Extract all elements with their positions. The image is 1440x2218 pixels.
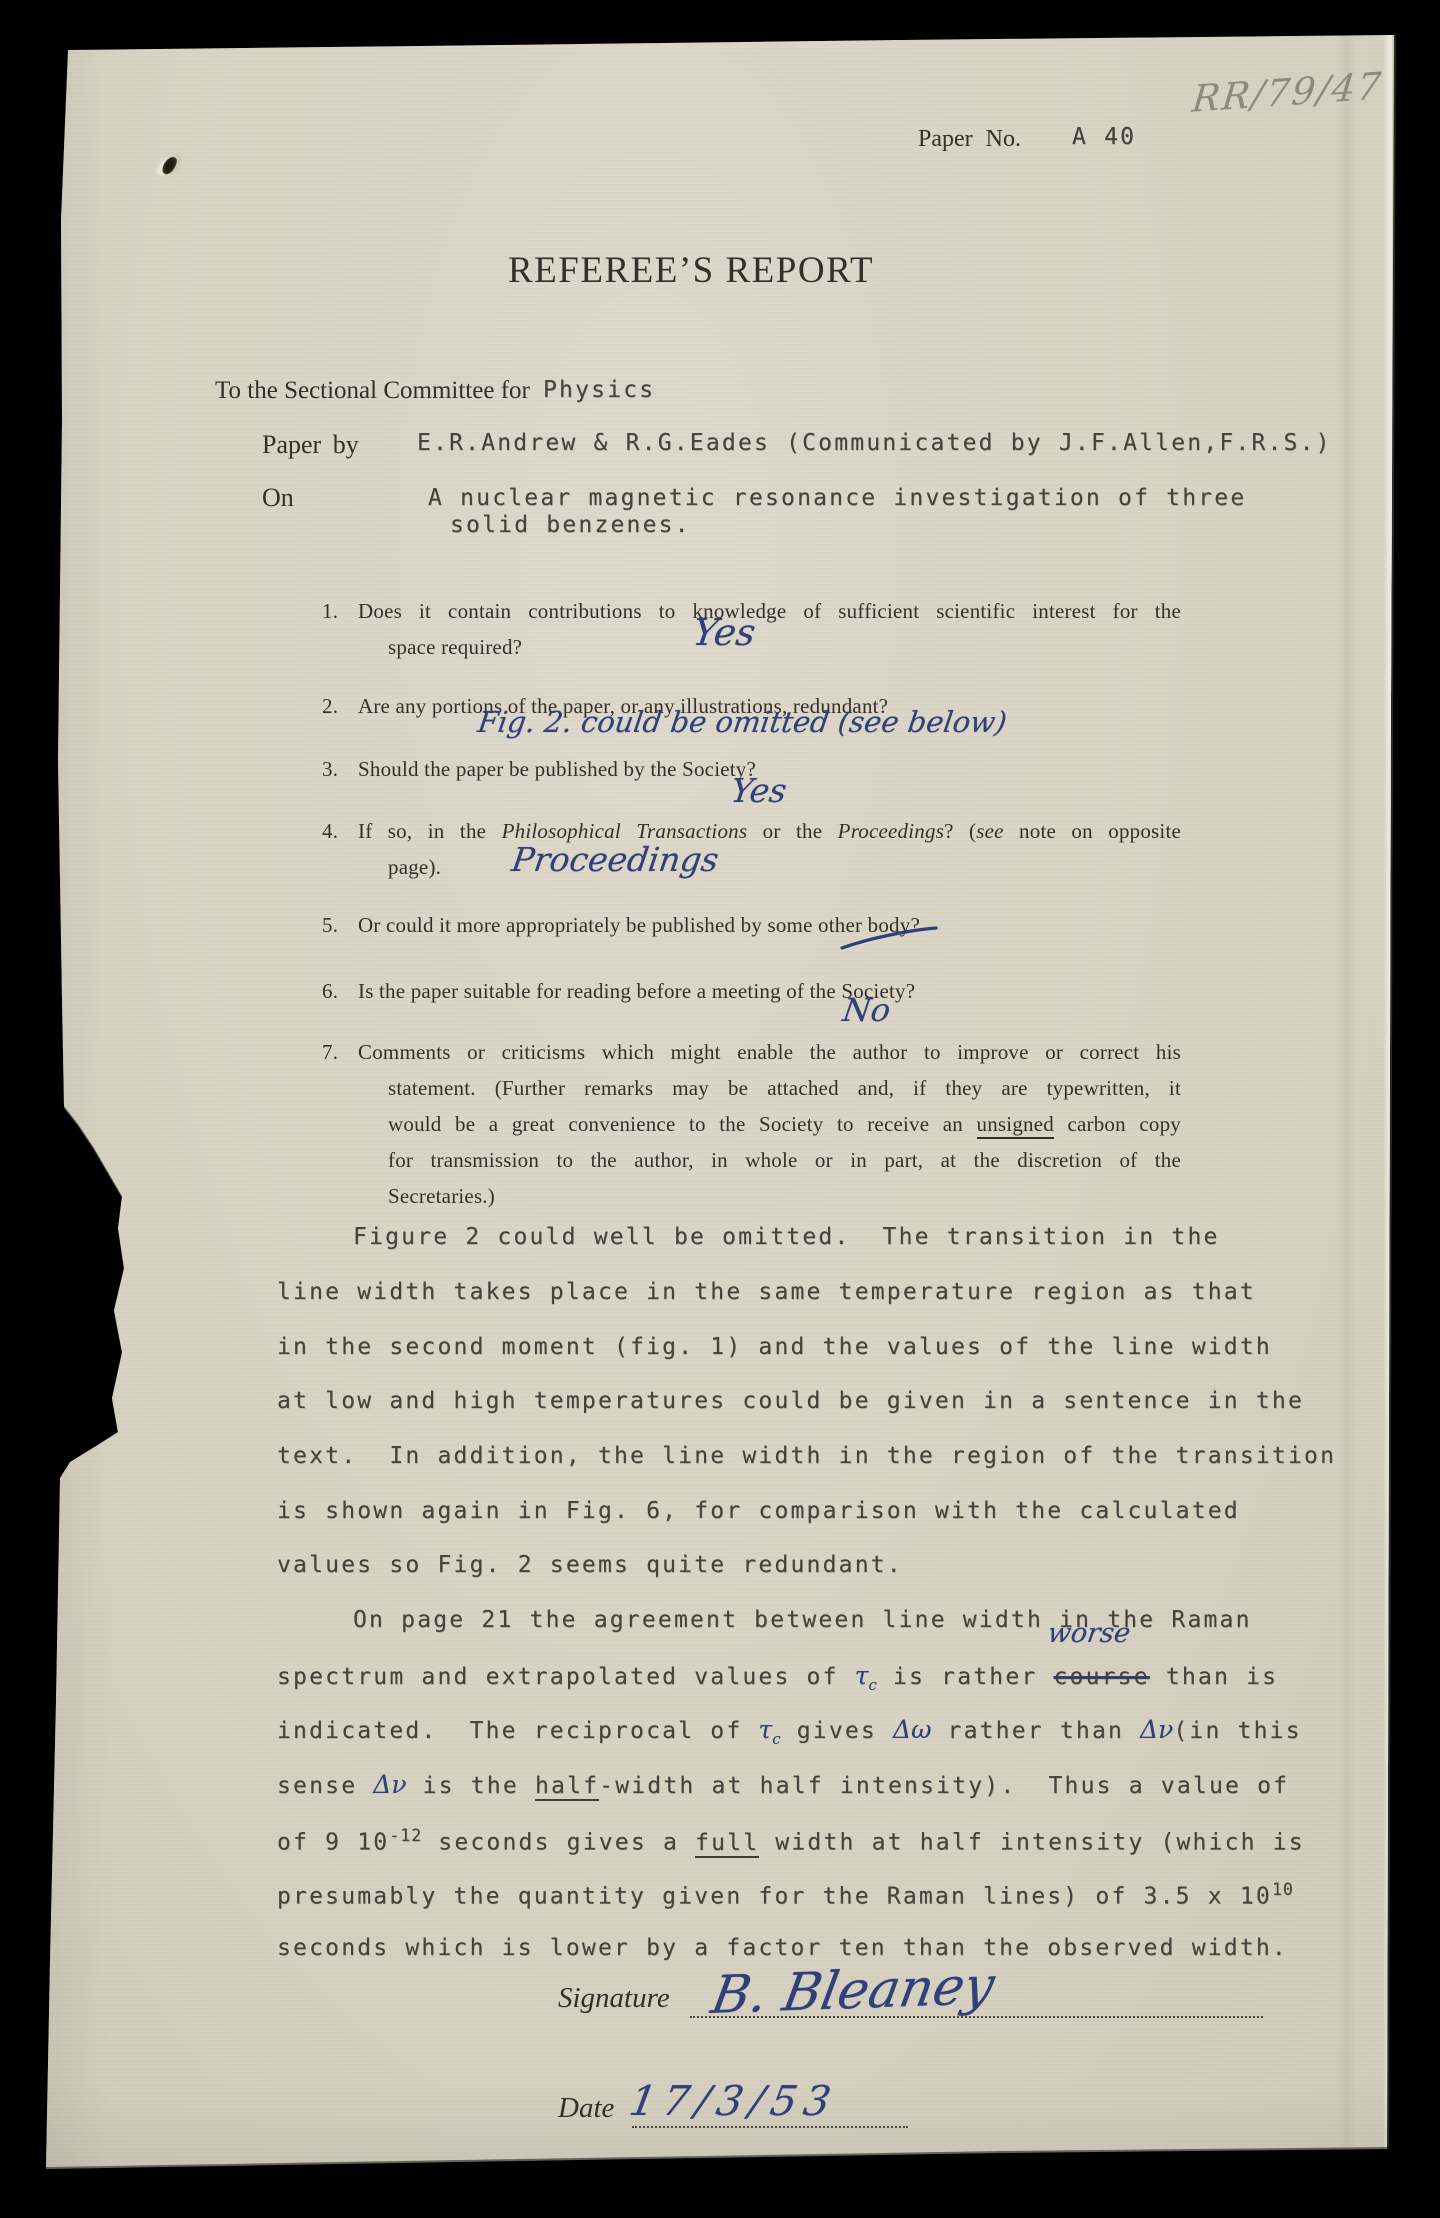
l10-post: (in this <box>1173 1718 1301 1744</box>
body-line-6: is shown again in Fig. 6, for comparison… <box>277 1498 1240 1524</box>
question-1-line2: space required? <box>388 635 522 659</box>
q7-underlined-unsigned: unsigned <box>977 1112 1054 1139</box>
tau-subscript: c <box>772 1730 780 1748</box>
question-6-line1: Is the paper suitable for reading before… <box>358 979 915 1003</box>
body-line-7: values so Fig. 2 seems quite redundant. <box>277 1552 903 1578</box>
question-2-number: 2. <box>322 694 338 718</box>
l11-pre: sense <box>277 1773 373 1799</box>
handwritten-delta-nu: Δν <box>373 1770 406 1799</box>
question-5-number: 5. <box>322 913 338 937</box>
q4-italic-proceedings: Proceedings <box>838 819 944 843</box>
l11-mid: is the <box>407 1773 535 1799</box>
date-handwritten: 17/3/53 <box>626 2078 841 2125</box>
underlined-word-half: half <box>535 1773 599 1801</box>
l10-mid: gives <box>781 1718 893 1744</box>
body-line-1: Figure 2 could well be omitted. The tran… <box>353 1224 1220 1250</box>
l12-post: width at half intensity (which is <box>759 1830 1305 1856</box>
paper-crease <box>1338 0 1356 2218</box>
question-6-number: 6. <box>322 979 338 1003</box>
l11-post: -width at half intensity). Thus a value … <box>599 1773 1289 1799</box>
question-3-line1: Should the paper be published by the Soc… <box>358 757 756 781</box>
committee-label: To the Sectional Committee for <box>215 377 530 406</box>
q4-post: note on opposite <box>1004 819 1181 843</box>
handwritten-tau-c: τc <box>758 1715 780 1744</box>
paper-right-edge-highlight <box>1383 30 1392 2158</box>
q4-italic-see: see <box>976 819 1003 843</box>
inserted-word-worse: worse <box>1046 1618 1132 1649</box>
q4-mark: ? ( <box>944 819 976 843</box>
question-7-line2: statement. (Further remarks may be attac… <box>388 1076 1181 1100</box>
q4-mid: or the <box>747 819 837 843</box>
question-4-line1: If so, in the Philosophical Transactions… <box>358 819 1181 843</box>
l9-pre: spectrum and extrapolated values of <box>277 1664 855 1690</box>
underlined-word-full: full <box>695 1830 759 1858</box>
body-line-11: sense Δν is the half-width at half inten… <box>277 1771 1289 1800</box>
question-7-line3: would be a great convenience to the Soci… <box>388 1112 1181 1136</box>
l10-pre: indicated. The reciprocal of <box>277 1718 758 1744</box>
tau-symbol: τ <box>758 1715 772 1744</box>
answer-5-ink-dash <box>840 924 940 954</box>
handwritten-delta-nu: Δν <box>1140 1715 1173 1744</box>
committee-value: Physics <box>543 377 655 403</box>
tau-subscript: c <box>869 1676 877 1694</box>
question-3-number: 3. <box>322 757 338 781</box>
body-line-3: in the second moment (fig. 1) and the va… <box>277 1334 1272 1360</box>
question-7-line5: Secretaries.) <box>388 1184 495 1208</box>
l9-post: than is <box>1150 1664 1278 1690</box>
handwritten-tau-c: τc <box>855 1661 877 1690</box>
body-line-12: of 9 10-12 seconds gives a full width at… <box>277 1826 1305 1856</box>
exponent-10: 10 <box>1272 1880 1294 1899</box>
date-dotted-line <box>632 2126 908 2128</box>
l12-pre: of 9 10 <box>277 1830 389 1856</box>
paper-by-value: E.R.Andrew & R.G.Eades (Communicated by … <box>417 430 1332 456</box>
l9-mid: is rather <box>877 1664 1054 1690</box>
struck-word-course: course <box>1053 1664 1149 1690</box>
body-line-14: seconds which is lower by a factor ten t… <box>277 1935 1288 1961</box>
question-4-line2: page). <box>388 855 441 879</box>
on-label: On <box>262 483 294 513</box>
paper-left-shading <box>40 0 110 2218</box>
q7-l3-post: carbon copy <box>1054 1112 1181 1136</box>
on-value-line2: solid benzenes. <box>450 512 691 538</box>
answer-2-handwritten: Fig. 2. could be omitted (see below) <box>476 706 1009 739</box>
on-value-line1: A nuclear magnetic resonance investigati… <box>428 485 1246 511</box>
signature-handwritten: B. Bleaney <box>707 1957 999 2027</box>
body-line-4: at low and high temperatures could be gi… <box>277 1388 1304 1414</box>
exponent-minus-12: -12 <box>389 1826 422 1845</box>
question-7-line4: for transmission to the author, in whole… <box>388 1148 1181 1172</box>
q7-l3-pre: would be a great convenience to the Soci… <box>388 1112 977 1136</box>
paper-no-label: Paper No. <box>918 126 1021 154</box>
handwritten-delta-omega: Δω <box>893 1715 931 1744</box>
question-7-number: 7. <box>322 1040 338 1064</box>
question-4-number: 4. <box>322 819 338 843</box>
signature-label: Signature <box>558 1982 670 2015</box>
page-title: REFEREE’S REPORT <box>508 250 874 293</box>
date-label: Date <box>558 2092 614 2125</box>
body-line-10: indicated. The reciprocal of τc gives Δω… <box>277 1716 1302 1748</box>
answer-1-handwritten: Yes <box>690 612 758 655</box>
body-line-9: spectrum and extrapolated values of τc i… <box>277 1662 1278 1694</box>
body-line-5: text. In addition, the line width in the… <box>277 1443 1336 1469</box>
answer-3-handwritten: Yes <box>728 772 789 810</box>
q4-pre: If so, in the <box>358 819 502 843</box>
answer-4-handwritten: Proceedings <box>509 841 721 879</box>
question-7-line1: Comments or criticisms which might enabl… <box>358 1040 1181 1064</box>
l13-pre: presumably the quantity given for the Ra… <box>277 1884 1272 1910</box>
paper-by-label: Paper by <box>262 430 359 460</box>
question-1-line1: Does it contain contributions to knowled… <box>358 599 1181 623</box>
body-line-13: presumably the quantity given for the Ra… <box>277 1880 1294 1910</box>
scan-background: RR/79/47 Paper No. A 40 REFEREE’S REPORT… <box>0 0 1440 2218</box>
answer-6-handwritten: No <box>840 992 892 1029</box>
question-1-number: 1. <box>322 599 338 623</box>
l10-mid2: rather than <box>931 1718 1140 1744</box>
tau-symbol: τ <box>855 1661 869 1690</box>
question-5-line1: Or could it more appropriately be publis… <box>358 913 920 937</box>
l12-mid: seconds gives a <box>422 1830 695 1856</box>
paper-no-value: A 40 <box>1072 124 1136 150</box>
body-line-2: line width takes place in the same tempe… <box>277 1279 1256 1305</box>
